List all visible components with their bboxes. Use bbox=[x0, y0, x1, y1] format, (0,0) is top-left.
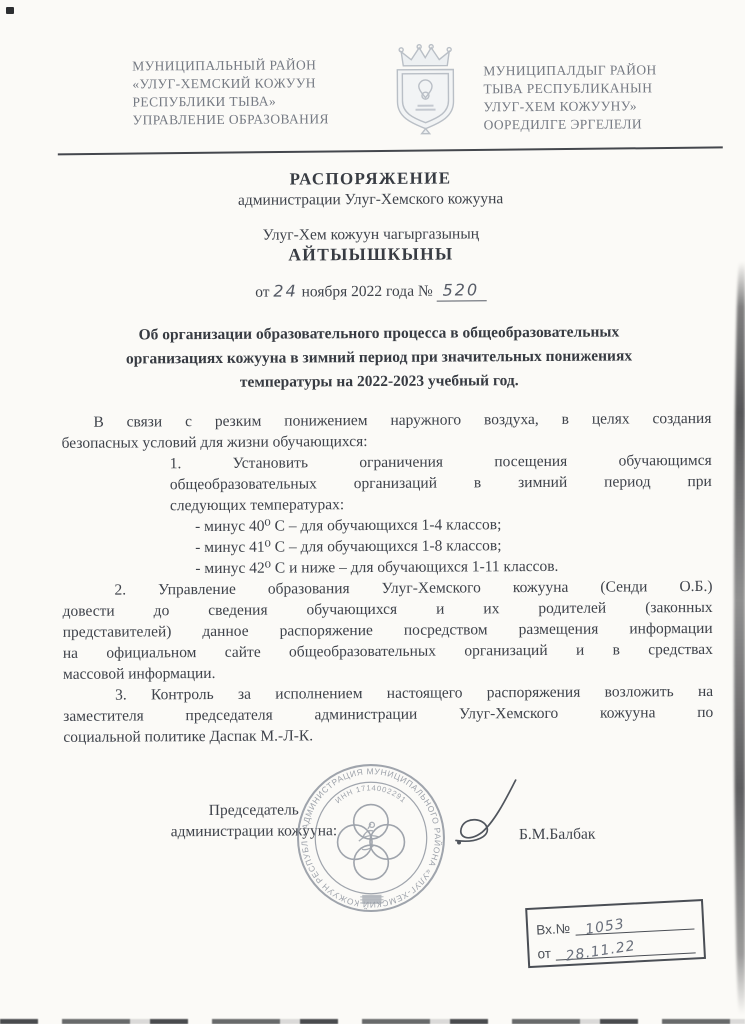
handwritten-doc-number: 520 bbox=[437, 280, 488, 301]
subject-line: организациях кожууна в зимний период при… bbox=[71, 344, 687, 372]
coat-of-arms-icon bbox=[389, 43, 462, 135]
intro-paragraph: В связи с резким понижением наружного во… bbox=[61, 408, 711, 454]
date-middle: ноября 2022 года № bbox=[302, 283, 433, 301]
date-prefix: от bbox=[255, 284, 269, 301]
received-stamp-box: Вх.№ 1053 от 28.11.22 bbox=[525, 899, 706, 968]
temperature-list: - минус 40⁰ С – для обучающихся 1-4 клас… bbox=[195, 513, 712, 579]
org-right-line: ООРЕДИЛГЕ ЭРГЕЛЕЛИ bbox=[484, 115, 657, 134]
org-left-line: РЕСПУБЛИКИ ТЫВА» bbox=[132, 92, 328, 111]
scan-artifact-right-edge bbox=[734, 262, 745, 1014]
subject-line: температуры на 2022-2023 учебный год. bbox=[71, 368, 687, 396]
handwritten-day: 24 bbox=[273, 281, 297, 300]
received-date-line: 28.11.22 bbox=[555, 932, 695, 960]
org-right-line: УЛУГ-ХЕМ КОЖУУНУ» bbox=[483, 97, 656, 116]
org-left-line: УПРАВЛЕНИЕ ОБРАЗОВАНИЯ bbox=[133, 110, 329, 129]
svg-text:ИНН 1714002291: ИНН 1714002291 bbox=[333, 783, 408, 805]
body-line: заместителя председателя администрации У… bbox=[63, 702, 713, 727]
list-item-2: 2. Управление образования Улуг-Хемского … bbox=[62, 576, 713, 685]
document-body: В связи с резким понижением наружного во… bbox=[61, 408, 713, 748]
scan-artifact-corner-mark bbox=[6, 7, 14, 14]
body-line: на официальном сайте общеобразовательных… bbox=[63, 639, 713, 664]
doc-type-tuvan: АЙТЫЫШКЫНЫ bbox=[0, 242, 743, 268]
received-number-label: Вх.№ bbox=[536, 921, 576, 938]
org-name-russian: МУНИЦИПАЛЬНЫЙ РАЙОН «УЛУГ-ХЕМСКИЙ КОЖУУН… bbox=[132, 56, 329, 129]
header-divider-rule bbox=[58, 146, 723, 155]
org-right-line: ТЫВА РЕСПУБЛИКАНЫН bbox=[483, 79, 656, 98]
doc-type-russian: РАСПОРЯЖЕНИЕ bbox=[0, 167, 743, 192]
received-date-label: от bbox=[537, 946, 556, 962]
document-title-block: РАСПОРЯЖЕНИЕ администрации Улуг-Хемского… bbox=[0, 167, 744, 304]
signer-name: Б.М.Балбак bbox=[519, 826, 595, 844]
org-name-tuvan: МУНИЦИПАЛДЫГ РАЙОН ТЫВА РЕСПУБЛИКАНЫН УЛ… bbox=[483, 61, 657, 134]
body-line: социальной политике Даспак М.-Л-К. bbox=[63, 723, 713, 748]
official-round-stamp: • АДМИНИСТРАЦИЯ МУНИЦИПАЛЬНОГО РАЙОНА «У… bbox=[295, 762, 448, 915]
date-and-number-line: от 24 ноября 2022 года № 520 bbox=[0, 279, 744, 304]
scanned-document-page: МУНИЦИПАЛЬНЫЙ РАЙОН «УЛУГ-ХЕМСКИЙ КОЖУУН… bbox=[0, 0, 745, 1024]
body-line: В связи с резким понижением наружного во… bbox=[61, 408, 711, 433]
org-right-line: МУНИЦИПАЛДЫГ РАЙОН bbox=[483, 61, 656, 80]
org-left-line: МУНИЦИПАЛЬНЫЙ РАЙОН bbox=[132, 56, 328, 75]
org-left-line: «УЛУГ-ХЕМСКИЙ КОЖУУН bbox=[132, 74, 328, 93]
scan-artifact-bottom-edge bbox=[0, 1019, 745, 1024]
handwritten-incoming-date: 28.11.22 bbox=[565, 938, 637, 965]
subject-heading: Об организации образовательного процесса… bbox=[71, 320, 687, 396]
body-line: общеобразовательных организаций в зимний… bbox=[170, 471, 712, 495]
handwritten-signature bbox=[426, 775, 534, 854]
list-item-3: 3. Контроль за исполнением настоящего ра… bbox=[63, 681, 713, 748]
list-item-1: 1. Установить ограничения посещения обуч… bbox=[170, 450, 712, 516]
stamp-inner-text: ИНН 1714002291 bbox=[333, 783, 408, 805]
